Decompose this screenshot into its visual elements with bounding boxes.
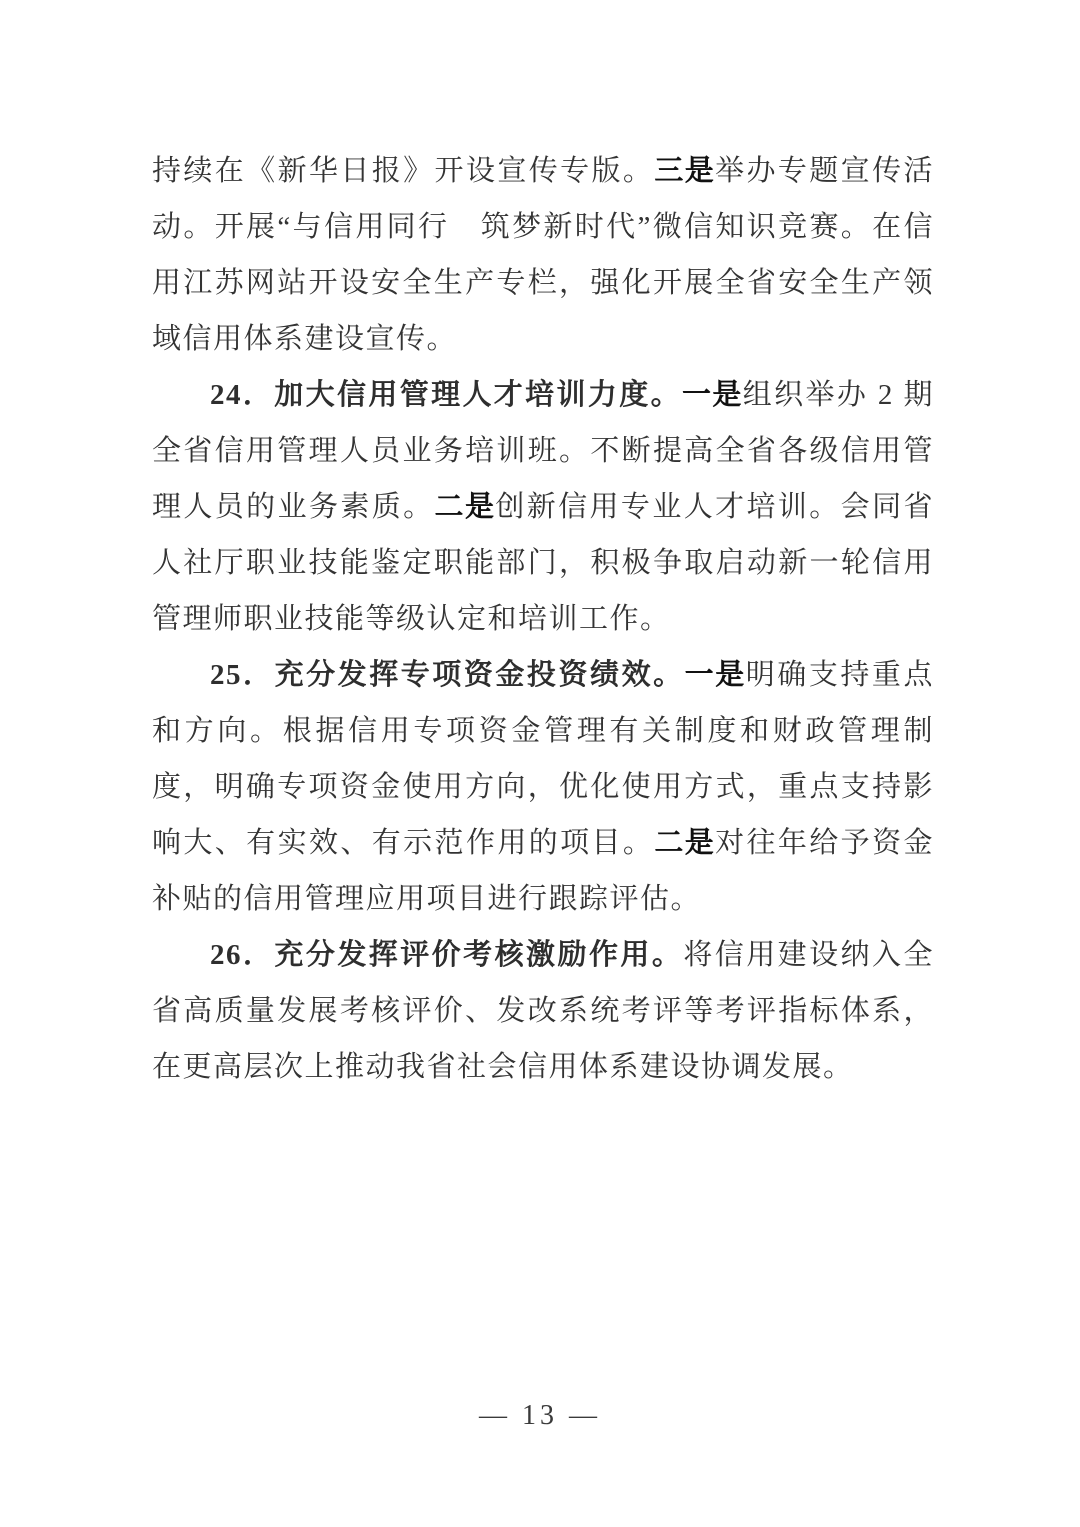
bold-marker-text: 一是 bbox=[682, 379, 743, 411]
paragraph-continuation: 持续在《新华日报》开设宣传专版。三是举办专题宣传活动。开展“与信用同行 筑梦新时… bbox=[152, 143, 934, 367]
bold-marker-text: 二是 bbox=[654, 827, 715, 859]
item-26-heading: 26．充分发挥评价考核激励作用。 bbox=[210, 939, 683, 971]
page-number: — 13 — bbox=[0, 1400, 1080, 1432]
paragraph-26: 26．充分发挥评价考核激励作用。将信用建设纳入全省高质量发展考核评价、发改系统考… bbox=[152, 927, 934, 1095]
document-page: 持续在《新华日报》开设宣传专版。三是举办专题宣传活动。开展“与信用同行 筑梦新时… bbox=[0, 0, 1080, 1527]
item-24-heading: 24．加大信用管理人才培训力度。 bbox=[210, 379, 682, 411]
bold-marker-text: 二是 bbox=[435, 491, 496, 523]
bold-marker-text: 三是 bbox=[654, 155, 715, 187]
paragraph-24: 24．加大信用管理人才培训力度。一是组织举办 2 期全省信用管理人员业务培训班。… bbox=[152, 367, 934, 647]
document-body: 持续在《新华日报》开设宣传专版。三是举办专题宣传活动。开展“与信用同行 筑梦新时… bbox=[152, 143, 934, 1095]
text-run: 持续在《新华日报》开设宣传专版。 bbox=[152, 155, 654, 187]
item-25-heading: 25．充分发挥专项资金投资绩效。 bbox=[210, 659, 685, 691]
paragraph-25: 25．充分发挥专项资金投资绩效。一是明确支持重点和方向。根据信用专项资金管理有关… bbox=[152, 647, 934, 927]
bold-marker-text: 一是 bbox=[685, 659, 746, 691]
